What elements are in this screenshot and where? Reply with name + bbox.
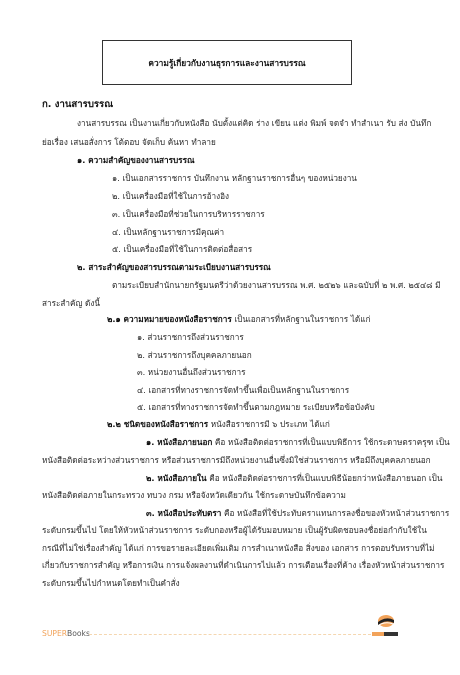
superbooks-logo-icon (364, 612, 408, 642)
footer-brand: SUPERBooks (42, 628, 90, 640)
type-1-text: คือ หนังสือติดต่อราชการที่เป็นแบบพิธีการ… (212, 437, 449, 447)
type-2-label: ๒. หนังสือภายใน (146, 473, 207, 483)
s21-text: เป็นเอกสารที่หลักฐานในราชการ ได้แก่ (232, 314, 371, 324)
footer-brand-books: Books (67, 629, 90, 638)
s22-line: ๒.๒ ชนิดของหนังสือราชการ หนังสือราชการมี… (107, 418, 330, 430)
sub1-heading: ๑. ความสำคัญของงานสารบรรณ (77, 154, 195, 166)
superbooks-logo (364, 612, 408, 642)
sub2-heading: ๒. สาระสำคัญของสารบรรณตามระเบียบงานสารบร… (77, 261, 271, 273)
s21-label: ๒.๑ ความหมายของหนังสือราชการ (107, 314, 232, 324)
document-title: ความรู้เกี่ยวกับงานธุรการและงานสารบรรณ (148, 56, 305, 70)
sub1-item-4: ๔. เป็นหลักฐานราชการมีคุณค่า (112, 226, 224, 238)
type-1-label: ๑. หนังสือภายนอก (146, 437, 212, 447)
sub2-para-line-2: สาระสำคัญ ดังนี้ (42, 297, 100, 309)
sub1-item-1: ๑. เป็นเอกสารราชการ บันทึกงาน หลักฐานราช… (112, 172, 357, 184)
intro-line-1: งานสารบรรณ เป็นงานเกี่ยวกับหนังสือ นับตั… (77, 117, 431, 129)
s21-item-1: ๑. ส่วนราชการถึงส่วนราชการ (137, 331, 244, 343)
type-2-line: ๒. หนังสือภายใน คือ หนังสือติดต่อราชการท… (146, 472, 442, 484)
sub1-item-5: ๕. เป็นเครื่องมือที่ใช้ในการติดต่อสื่อสา… (112, 243, 252, 255)
type-3-line: ๓. หนังสือประทับตรา คือ หนังสือที่ใช้ประ… (146, 507, 449, 519)
s22-label: ๒.๒ ชนิดของหนังสือราชการ (107, 419, 208, 429)
sub2-para-line-1: ตามระเบียบสำนักนายกรัฐมนตรีว่าด้วยงานสาร… (112, 279, 440, 291)
s21-item-5: ๕. เอกสารที่ทางราชการจัดทำขึ้นตามกฎหมาย … (137, 401, 375, 413)
type-3-cont-3: เกี่ยวกับราชการสำคัญ หรือการเงิน การแจ้ง… (42, 559, 444, 571)
type-2-text: คือ หนังสือติดต่อราชการที่เป็นแบบพิธีน้อ… (207, 473, 443, 483)
document-title-box: ความรู้เกี่ยวกับงานธุรการและงานสารบรรณ (102, 40, 352, 85)
footer-brand-super: SUPER (42, 629, 67, 638)
s22-text: หนังสือราชการมี ๖ ประเภท ได้แก่ (208, 419, 330, 429)
type-3-cont-4: ระดับกรมขึ้นไปกำหนดโดยทำเป็นคำสั่ง (42, 577, 180, 589)
section-a-heading: ก. งานสารบรรณ (42, 99, 113, 111)
type-3-label: ๓. หนังสือประทับตรา (146, 508, 221, 518)
type-1-line: ๑. หนังสือภายนอก คือ หนังสือติดต่อราชการ… (146, 436, 450, 448)
footer-divider (89, 634, 371, 635)
s21-item-3: ๓. หน่วยงานอื่นถึงส่วนราชการ (137, 366, 246, 378)
type-1-cont-1: หนังสือติดต่อระหว่างส่วนราชการ หรือส่วนร… (42, 454, 431, 466)
page-footer: SUPERBooks (42, 628, 372, 640)
type-3-cont-1: ระดับกรมขึ้นไป โดยให้หัวหน้าส่วนราชการ ร… (42, 524, 427, 536)
intro-line-2: ย่อเรื่อง เสนอสั่งการ โต้ตอบ จัดเก็บ ค้น… (42, 136, 216, 148)
type-3-cont-2: กรณีที่ไม่ใช่เรื่องสำคัญ ได้แก่ การขอราย… (42, 542, 435, 554)
s21-line: ๒.๑ ความหมายของหนังสือราชการ เป็นเอกสารท… (107, 313, 370, 325)
type-2-cont-1: หนังสือติดต่อภายในกระทรวง ทบวง กรม หรือจ… (42, 489, 346, 501)
sub1-item-2: ๒. เป็นเครื่องมือที่ใช้ในการอ้างอิง (112, 190, 229, 202)
s21-item-2: ๒. ส่วนราชการถึงบุคคลภายนอก (137, 349, 252, 361)
s21-item-4: ๔. เอกสารที่ทางราชการจัดทำขึ้นเพื่อเป็นห… (137, 384, 349, 396)
type-3-text: คือ หนังสือที่ใช้ประทับตราแทนการลงชื่อขอ… (221, 508, 449, 518)
sub1-item-3: ๓. เป็นเครื่องมือที่ช่วยในการบริหารราชกา… (112, 208, 265, 220)
